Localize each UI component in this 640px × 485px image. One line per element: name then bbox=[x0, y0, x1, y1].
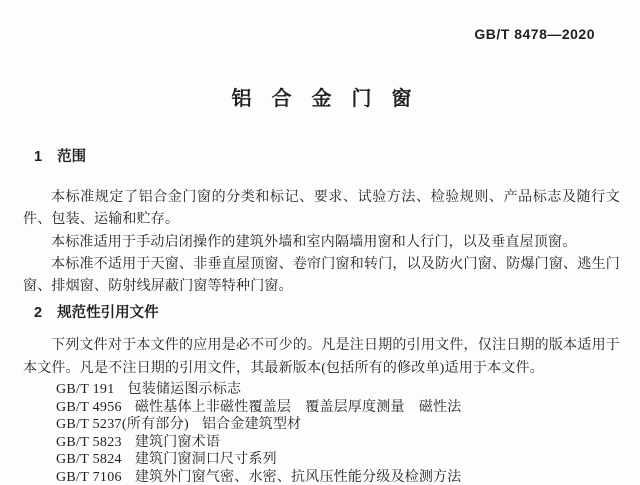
reference-item: GB/T 191包装储运图示标志 bbox=[56, 381, 620, 399]
reference-code: GB/T 7106 bbox=[56, 469, 122, 485]
reference-code: GB/T 191 bbox=[56, 381, 115, 399]
reference-title: 磁性基体上非磁性覆盖层 覆盖层厚度测量 磁性法 bbox=[135, 400, 462, 415]
section-normative-references: 2规范性引用文件 下列文件对于本文件的应用是必不可少的。凡是注日期的引用文件，仅… bbox=[23, 305, 620, 485]
reference-title: 建筑门窗术语 bbox=[135, 435, 220, 450]
section-scope: 1范围 本标准规定了铝合金门窗的分类和标记、要求、试验方法、检验规则、产品标志及… bbox=[23, 149, 620, 298]
section-2-title: 规范性引用文件 bbox=[57, 305, 159, 321]
section-1-body: 本标准规定了铝合金门窗的分类和标记、要求、试验方法、检验规则、产品标志及随行文件… bbox=[23, 187, 620, 298]
paragraph-scope-3: 本标准不适用于天窗、非垂直屋顶窗、卷帘门窗和转门，以及防火门窗、防爆门窗、逃生门… bbox=[23, 254, 620, 299]
reference-item: GB/T 5823建筑门窗术语 bbox=[56, 434, 620, 452]
reference-code: GB/T 5823 bbox=[56, 434, 122, 452]
section-1-number: 1 bbox=[34, 149, 42, 165]
section-1-title: 范围 bbox=[57, 149, 86, 165]
section-2-number: 2 bbox=[34, 305, 42, 321]
reference-title: 建筑外门窗气密、水密、抗风压性能分级及检测方法 bbox=[135, 470, 462, 485]
reference-list: GB/T 191包装储运图示标志 GB/T 4956磁性基体上非磁性覆盖层 覆盖… bbox=[23, 381, 620, 485]
paragraph-scope-1: 本标准规定了铝合金门窗的分类和标记、要求、试验方法、检验规则、产品标志及随行文件… bbox=[23, 187, 620, 232]
reference-code: GB/T 5824 bbox=[56, 451, 122, 469]
document-title: 铝合金门窗 bbox=[23, 85, 620, 113]
reference-title: 铝合金建筑型材 bbox=[202, 417, 301, 432]
paragraph-scope-2: 本标准适用于手动启闭操作的建筑外墙和室内隔墙用窗和人行门，以及垂直屋顶窗。 bbox=[23, 232, 620, 254]
document-page: GB/T 8478—2020 铝合金门窗 1范围 本标准规定了铝合金门窗的分类和… bbox=[0, 0, 640, 485]
reference-title: 建筑门窗洞口尺寸系列 bbox=[135, 452, 277, 467]
paragraph-references-intro: 下列文件对于本文件的应用是必不可少的。凡是注日期的引用文件，仅注日期的版本适用于… bbox=[23, 335, 620, 380]
reference-item: GB/T 5237(所有部分)铝合金建筑型材 bbox=[56, 416, 620, 434]
section-2-heading: 2规范性引用文件 bbox=[34, 305, 620, 321]
reference-code: GB/T 4956 bbox=[56, 399, 122, 417]
reference-code: GB/T 5237(所有部分) bbox=[56, 416, 189, 434]
reference-item: GB/T 5824建筑门窗洞口尺寸系列 bbox=[56, 451, 620, 469]
standard-number: GB/T 8478—2020 bbox=[23, 26, 620, 43]
reference-item: GB/T 4956磁性基体上非磁性覆盖层 覆盖层厚度测量 磁性法 bbox=[56, 399, 620, 417]
section-2-body: 下列文件对于本文件的应用是必不可少的。凡是注日期的引用文件，仅注日期的版本适用于… bbox=[23, 335, 620, 380]
reference-title: 包装储运图示标志 bbox=[128, 382, 242, 397]
reference-item: GB/T 7106建筑外门窗气密、水密、抗风压性能分级及检测方法 bbox=[56, 469, 620, 485]
section-1-heading: 1范围 bbox=[34, 149, 620, 165]
